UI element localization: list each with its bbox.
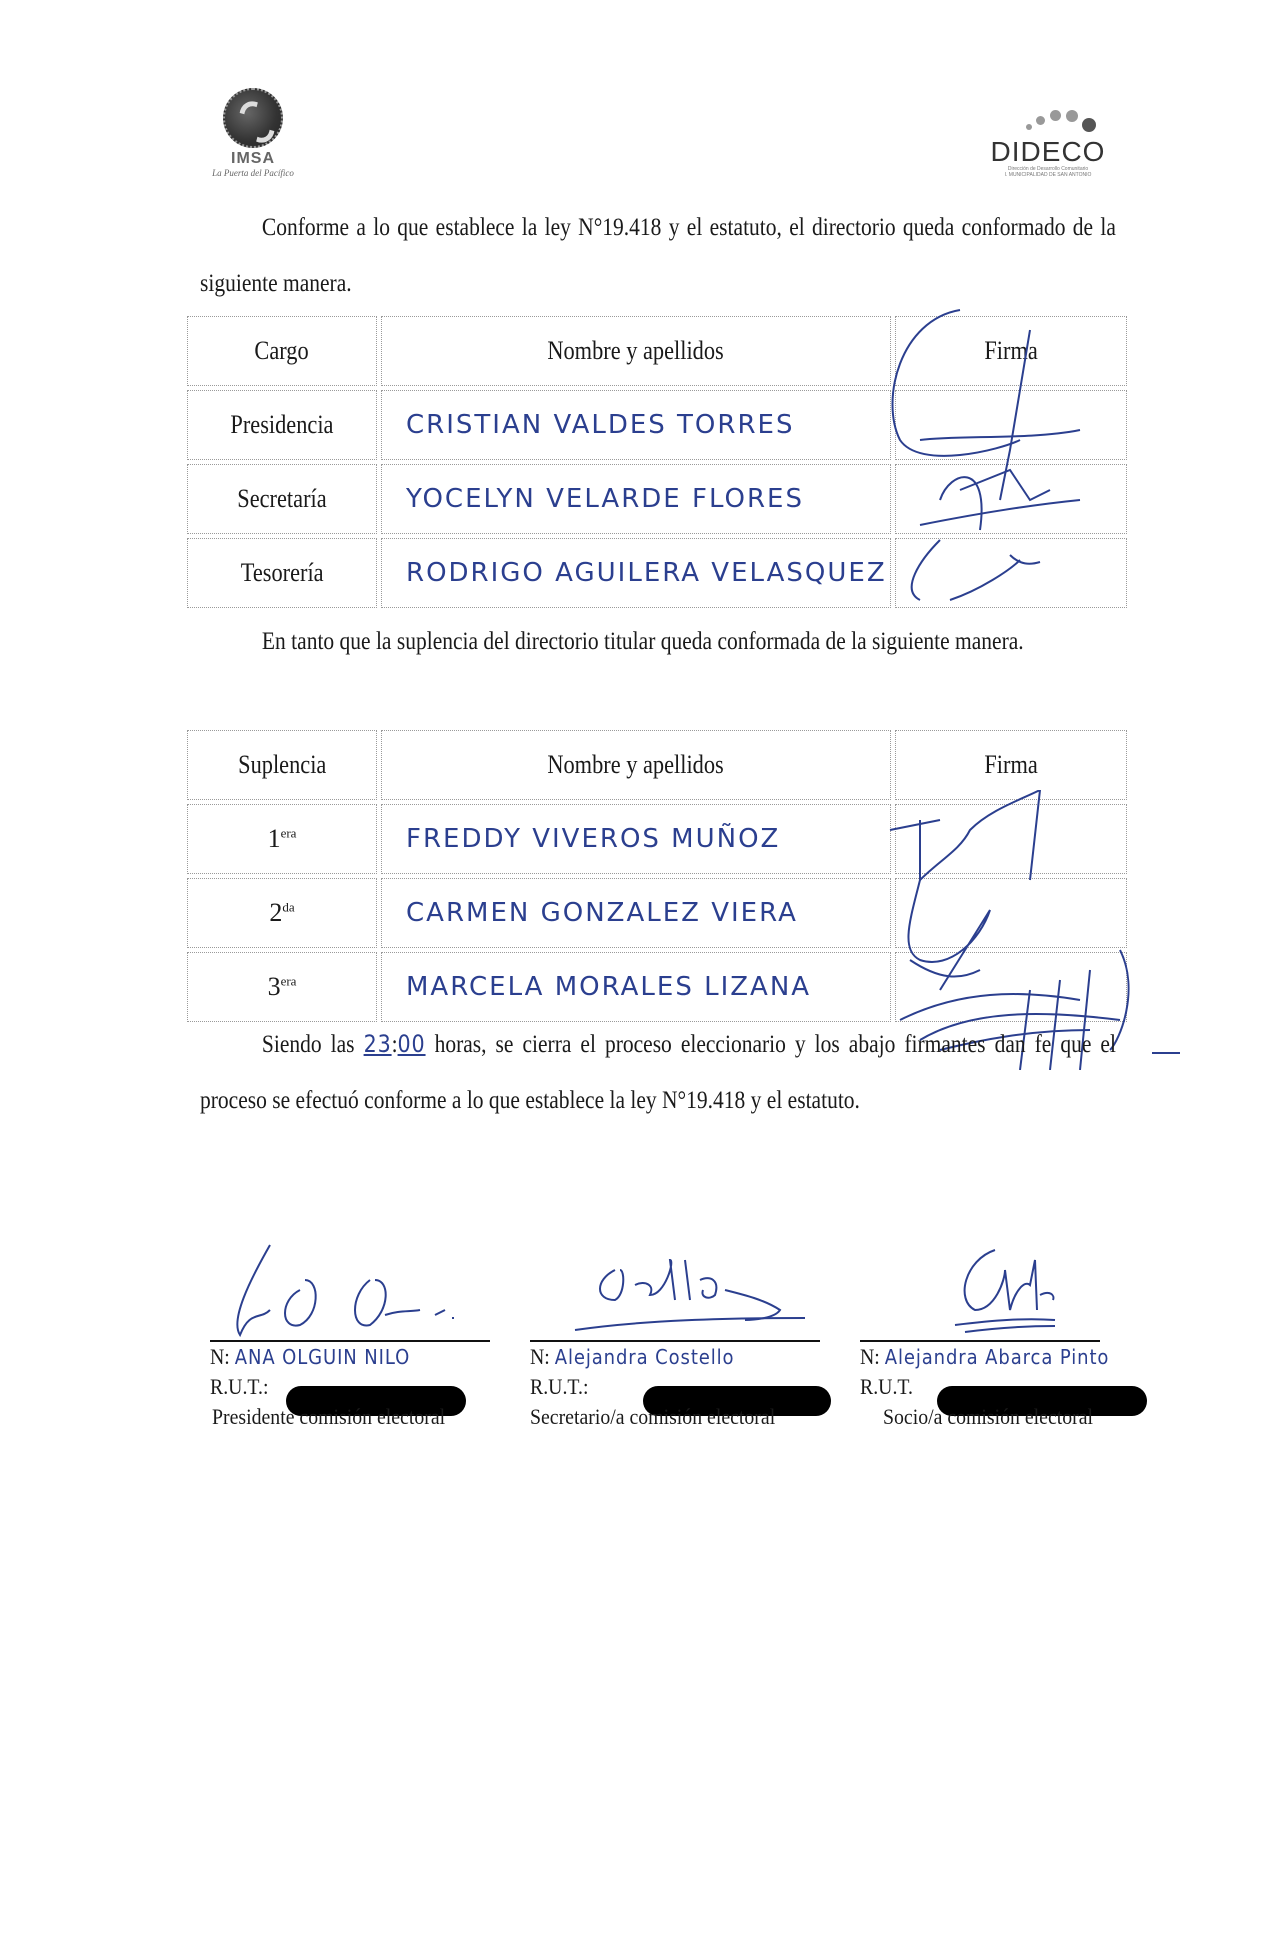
- signature-secretario: [525, 1240, 845, 1340]
- name-field: N: Alejandra Abarca Pinto: [860, 1344, 1109, 1370]
- signature-line: [530, 1340, 820, 1342]
- imsa-name: IMSA: [178, 150, 328, 168]
- intro-paragraph: Conforme a lo que establece la ley N°19.…: [200, 200, 1116, 312]
- nombre-cell: Carmen Gonzalez Viera: [381, 878, 891, 948]
- signatory-secretario: N: Alejandra Costello R.U.T.: Secretario…: [525, 1240, 845, 1440]
- nombre-cell: Rodrigo Aguilera Velasquez: [381, 538, 891, 608]
- ordinal-cell: 2da: [187, 878, 377, 948]
- imsa-tagline: La Puerta del Pacífico: [178, 168, 328, 178]
- header-suplencia: Suplencia: [187, 730, 377, 800]
- signature-presidente: [210, 1240, 470, 1340]
- signatory-name: Alejandra Costello: [555, 1345, 735, 1369]
- nombre-cell: Cristian Valdes Torres: [381, 390, 891, 460]
- signatory-name: Ana Olguin Nilo: [235, 1345, 410, 1369]
- cargo-cell: Tesorería: [187, 538, 377, 608]
- cargo-cell: Presidencia: [187, 390, 377, 460]
- closing-paragraph: Siendo las 23:00 horas, se cierra el pro…: [200, 1016, 1116, 1129]
- signature-line: [210, 1340, 490, 1342]
- signatory-socio: N: Alejandra Abarca Pinto R.U.T. Socio/a…: [855, 1240, 1255, 1440]
- directorio-signatures: [880, 300, 1140, 620]
- nombre-cell: Yocelyn Velarde Flores: [381, 464, 891, 534]
- signatory-role: Presidente comisión electoral: [212, 1404, 445, 1430]
- cargo-cell: Secretaría: [187, 464, 377, 534]
- imsa-logo: IMSA La Puerta del Pacífico: [178, 88, 328, 178]
- stray-mark: [1152, 1052, 1180, 1054]
- header-nombre: Nombre y apellidos: [381, 730, 891, 800]
- dideco-line2: I. MUNICIPALIDAD DE SAN ANTONIO: [978, 172, 1118, 178]
- signatory-name: Alejandra Abarca Pinto: [885, 1345, 1110, 1369]
- signatory-role: Secretario/a comisión electoral: [530, 1404, 775, 1430]
- suplencia-paragraph: En tanto que la suplencia del directorio…: [200, 614, 1116, 670]
- rut-label: R.U.T.:: [530, 1374, 588, 1400]
- signatory-role: Socio/a comisión electoral: [883, 1404, 1093, 1430]
- imsa-emblem-icon: [223, 88, 283, 148]
- signatory-presidente: N: Ana Olguin Nilo R.U.T.: Presidente co…: [190, 1240, 510, 1440]
- rut-label: R.U.T.:: [210, 1374, 268, 1400]
- dideco-dots-icon: [978, 98, 1118, 138]
- nombre-cell: Freddy Viveros Muñoz: [381, 804, 891, 874]
- signature-socio: [855, 1240, 1155, 1340]
- dideco-logo: DIDECO Dirección de Desarrollo Comunitar…: [978, 98, 1118, 178]
- dideco-name: DIDECO: [978, 138, 1118, 166]
- nombre-cell: Marcela Morales Lizana: [381, 952, 891, 1022]
- name-field: N: Ana Olguin Nilo: [210, 1344, 410, 1370]
- rut-label: R.U.T.: [860, 1374, 913, 1400]
- signature-line: [860, 1340, 1100, 1342]
- header-cargo: Cargo: [187, 316, 377, 386]
- ordinal-cell: 1era: [187, 804, 377, 874]
- closing-hour: 23: [364, 1030, 392, 1058]
- header-nombre: Nombre y apellidos: [381, 316, 891, 386]
- ordinal-cell: 3era: [187, 952, 377, 1022]
- name-field: N: Alejandra Costello: [530, 1344, 734, 1370]
- closing-minute: 00: [398, 1030, 426, 1058]
